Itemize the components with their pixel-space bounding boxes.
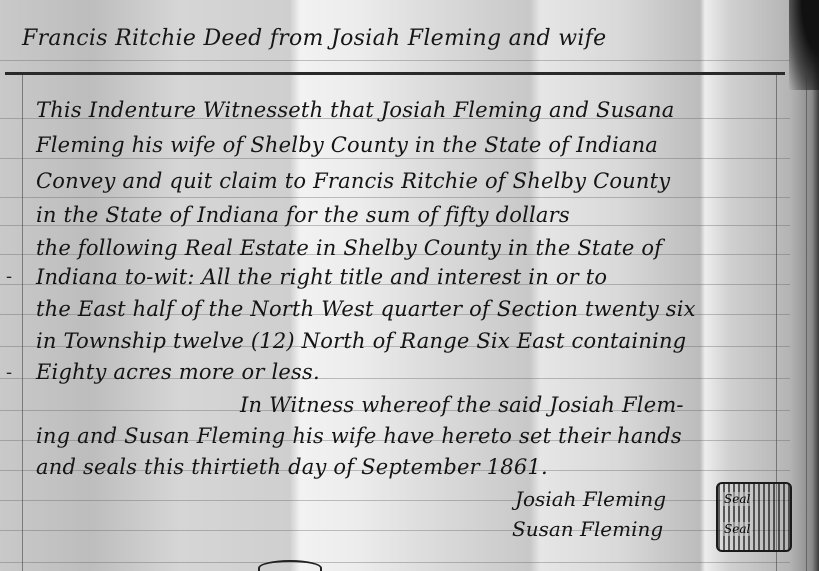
seal-label: Seal — [722, 522, 752, 536]
body-line: the East half of the North West quarter … — [36, 297, 696, 321]
left-margin-line — [22, 72, 23, 571]
body-line: in Township twelve (12) North of Range S… — [36, 329, 686, 353]
scan-shadow — [789, 0, 819, 90]
body-line: In Witness whereof the said Josiah Flem- — [240, 393, 684, 417]
body-line: Convey and quit claim to Francis Ritchie… — [36, 169, 670, 193]
ruling-line — [0, 530, 790, 531]
body-line: and seals this thirtieth day of Septembe… — [36, 455, 548, 479]
body-line: Fleming his wife of Shelby County in the… — [36, 133, 658, 157]
right-edge-line — [806, 72, 807, 571]
deed-title: Francis Ritchie Deed from Josiah Fleming… — [22, 26, 722, 51]
ink-flourish — [258, 560, 322, 571]
signature-josiah-fleming: Josiah Fleming — [515, 487, 666, 511]
heading-rule — [5, 72, 785, 75]
margin-dash: - — [6, 362, 12, 383]
body-line: Indiana to-wit: All the right title and … — [36, 265, 607, 289]
body-line: in the State of Indiana for the sum of f… — [36, 203, 570, 227]
ruling-line — [0, 562, 790, 563]
body-line: This Indenture Witnesseth that Josiah Fl… — [36, 98, 674, 122]
seal-label: Seal — [722, 492, 752, 506]
ruling-line — [0, 197, 790, 198]
ruling-line — [0, 158, 790, 159]
margin-dash: - — [6, 266, 12, 287]
body-line: the following Real Estate in Shelby Coun… — [36, 236, 662, 260]
ruling-line — [0, 60, 790, 61]
ruling-line — [0, 500, 790, 501]
body-line: ing and Susan Fleming his wife have here… — [36, 424, 682, 448]
signature-susan-fleming: Susan Fleming — [512, 517, 663, 541]
seal-mark: Seal Seal — [716, 482, 792, 552]
deed-page: Francis Ritchie Deed from Josiah Fleming… — [0, 0, 819, 571]
body-line: Eighty acres more or less. — [36, 360, 320, 384]
